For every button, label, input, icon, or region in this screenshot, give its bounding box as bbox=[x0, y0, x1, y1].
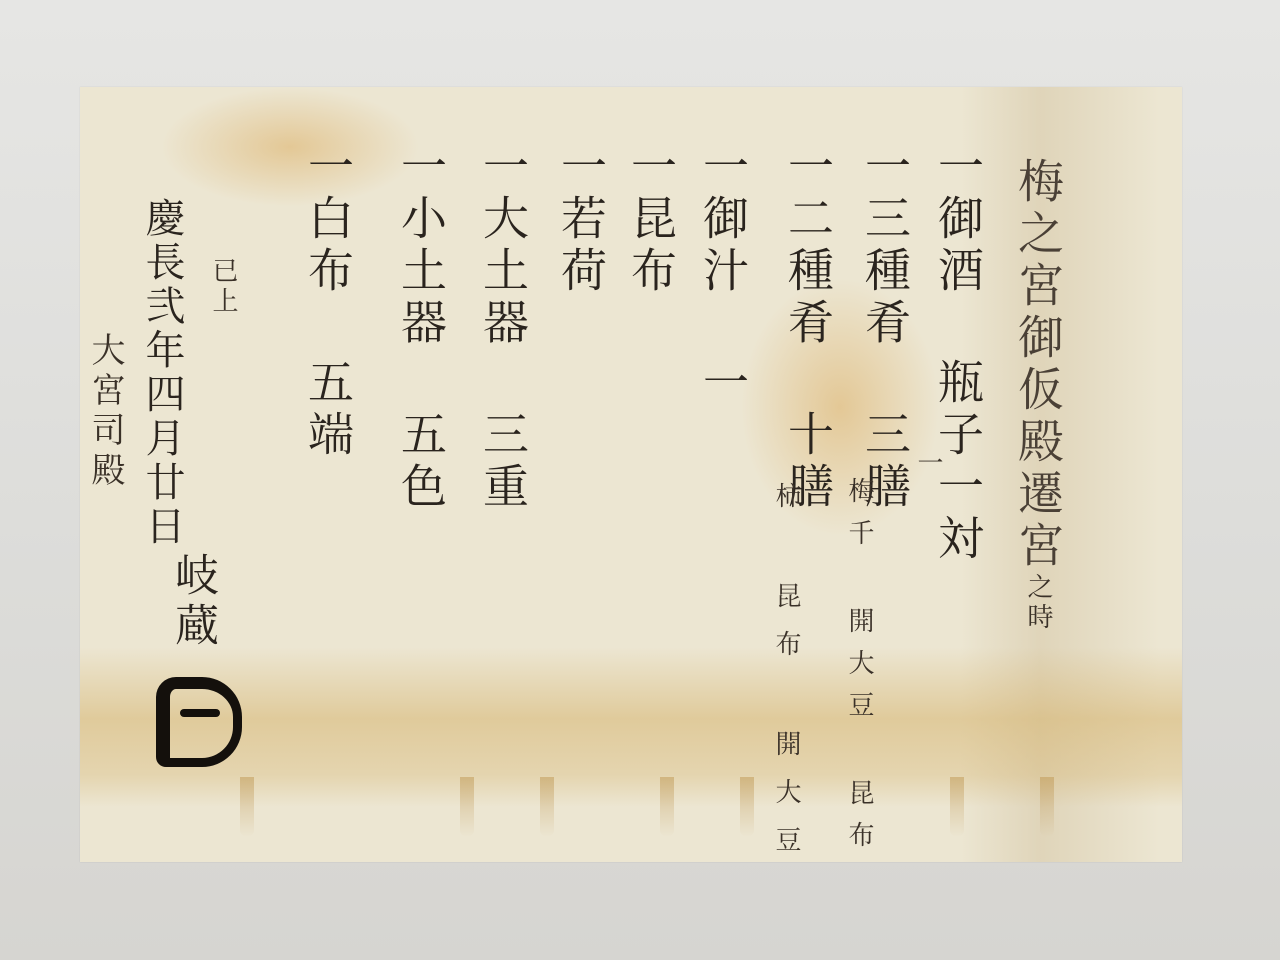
list-item-9: 一白布 五端 bbox=[305, 142, 351, 462]
addressee: 大宮司殿 bbox=[88, 332, 122, 492]
title-text: 梅之宮御仮殿遷宮 bbox=[1011, 157, 1065, 573]
item-text: 大土器 三重 bbox=[476, 194, 530, 514]
document-title: 梅之宮御仮殿遷宮之時 bbox=[1015, 157, 1061, 633]
signature: 岐蔵 bbox=[170, 552, 214, 652]
item-marker: 一 bbox=[781, 142, 835, 194]
list-item-1: 一御酒 瓶子一対 bbox=[935, 142, 981, 566]
list-item-3: 一二種肴 十膳 bbox=[785, 142, 831, 514]
note-mark: 一 bbox=[913, 449, 943, 479]
stain-drip bbox=[740, 777, 754, 837]
item-marker: 一 bbox=[476, 142, 530, 194]
title-tail-text: 之時 bbox=[1023, 573, 1053, 633]
item-text: 御汁 一 bbox=[696, 194, 750, 410]
list-item-6: 一若荷 bbox=[558, 142, 604, 298]
item-marker: 一 bbox=[858, 142, 912, 194]
stain-drip bbox=[660, 777, 674, 837]
stain-spot bbox=[160, 87, 420, 207]
closing-text: 已上 bbox=[208, 257, 238, 317]
item-marker: 一 bbox=[624, 142, 678, 194]
stain-drip bbox=[950, 777, 964, 837]
note-text: 柿 昆布 開大豆 bbox=[771, 482, 801, 862]
item-text: 御酒 瓶子一対 bbox=[931, 194, 985, 566]
item-2-note: 梅千 開大豆 昆布 bbox=[846, 477, 872, 862]
item-3-note: 柿 昆布 開大豆 bbox=[773, 482, 799, 862]
date-text: 慶長弐年四月廿日 bbox=[139, 197, 185, 549]
item-marker: 一 bbox=[696, 142, 750, 194]
list-item-2: 一三種肴 三膳 bbox=[862, 142, 908, 514]
item-marker: 一 bbox=[554, 142, 608, 194]
list-item-7: 一大土器 三重 bbox=[480, 142, 526, 514]
addressee-text: 大宮司殿 bbox=[85, 332, 125, 492]
item-text: 二種肴 十膳 bbox=[781, 194, 835, 514]
item-text: 小土器 五色 bbox=[394, 194, 448, 514]
document-date: 慶長弐年四月廿日 bbox=[142, 197, 182, 549]
stain-drip bbox=[540, 777, 554, 837]
stain-drip bbox=[1040, 777, 1054, 837]
note-text: 梅千 開大豆 昆布 bbox=[844, 477, 874, 862]
item-text: 昆布 bbox=[624, 194, 678, 298]
document-paper: 梅之宮御仮殿遷宮之時 一御酒 瓶子一対 一三種肴 三膳 一 梅千 開大豆 昆布 … bbox=[80, 87, 1182, 862]
stain-drip bbox=[460, 777, 474, 837]
closing-mark: 已上 bbox=[210, 257, 236, 317]
list-item-4: 一御汁 一 bbox=[700, 142, 746, 410]
item-marker: 一 bbox=[931, 142, 985, 194]
kao-seal-mark bbox=[156, 677, 242, 767]
item-2-note-top: 一 bbox=[915, 449, 941, 479]
stain-drip bbox=[240, 777, 254, 837]
signature-text: 岐蔵 bbox=[167, 552, 218, 652]
list-item-8: 一小土器 五色 bbox=[398, 142, 444, 514]
item-text: 三種肴 三膳 bbox=[858, 194, 912, 514]
item-marker: 一 bbox=[394, 142, 448, 194]
item-text: 白布 五端 bbox=[301, 194, 355, 462]
item-text: 若荷 bbox=[554, 194, 608, 298]
list-item-5: 一昆布 bbox=[628, 142, 674, 298]
item-marker: 一 bbox=[301, 142, 355, 194]
